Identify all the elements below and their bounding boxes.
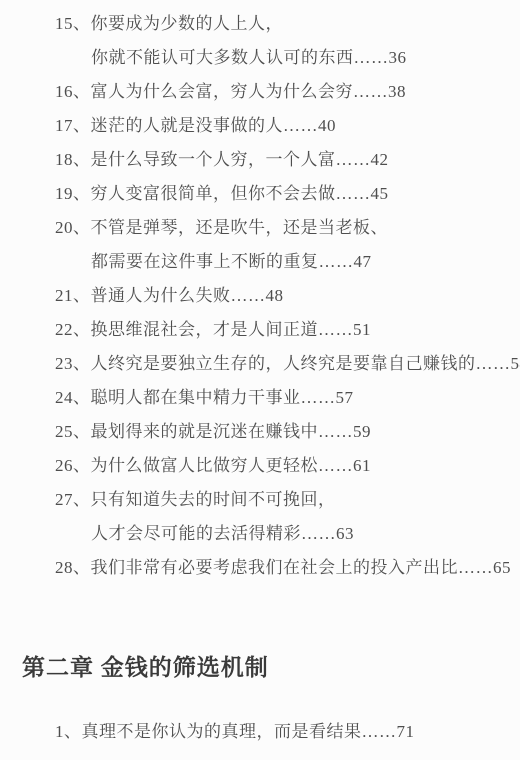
toc-entry-20-line1: 20、不管是弹琴，还是吹牛，还是当老板、 [0,211,520,245]
book-page: 15、你要成为少数的人上人， 你就不能认可大多数人认可的东西……36 16、富人… [0,0,520,760]
toc-entry-28: 28、我们非常有必要考虑我们在社会上的投入产出比……65 [0,551,520,585]
toc-entry-24: 24、聪明人都在集中精力干事业……57 [0,381,520,415]
toc-entry-22: 22、换思维混社会，才是人间正道……51 [0,313,520,347]
toc-entry-21: 21、普通人为什么失败……48 [0,279,520,313]
toc-entry-23: 23、人终究是要独立生存的，人终究是要靠自己赚钱的……54 [0,347,520,381]
toc-entry-27-line1: 27、只有知道失去的时间不可挽回， [0,483,520,517]
table-of-contents: 15、你要成为少数的人上人， 你就不能认可大多数人认可的东西……36 16、富人… [0,0,520,749]
toc-entry-ch2-1: 1、真理不是你认为的真理，而是看结果……71 [0,715,520,749]
toc-entry-16: 16、富人为什么会富，穷人为什么会穷……38 [0,75,520,109]
toc-entry-15-line2: 你就不能认可大多数人认可的东西……36 [0,41,520,75]
toc-entry-15-line1: 15、你要成为少数的人上人， [0,7,520,41]
toc-entry-20-line2: 都需要在这件事上不断的重复……47 [0,245,520,279]
toc-entry-25: 25、最划得来的就是沉迷在赚钱中……59 [0,415,520,449]
toc-entry-19: 19、穷人变富很简单，但你不会去做……45 [0,177,520,211]
toc-entry-18: 18、是什么导致一个人穷，一个人富……42 [0,143,520,177]
chapter-2-heading: 第二章 金钱的筛选机制 [0,650,520,686]
toc-entry-27-line2: 人才会尽可能的去活得精彩……63 [0,517,520,551]
toc-entry-17: 17、迷茫的人就是没事做的人……40 [0,109,520,143]
toc-entry-26: 26、为什么做富人比做穷人更轻松……61 [0,449,520,483]
